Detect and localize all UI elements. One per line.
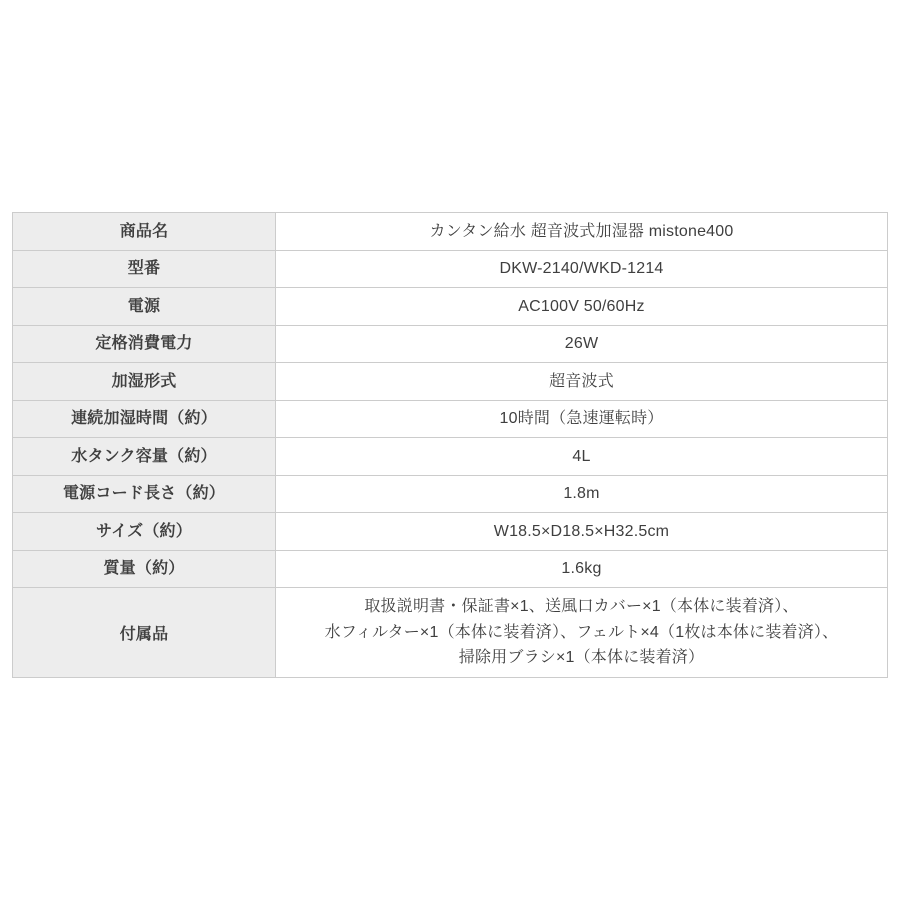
table-row: 付属品 取扱説明書・保証書×1、送風口カバー×1（本体に装着済）、 水フィルター… [13, 588, 888, 678]
table-row: 連続加湿時間（約） 10時間（急速運転時） [13, 400, 888, 438]
spec-label-size: サイズ（約） [13, 513, 276, 551]
spec-label-humidify-type: 加湿形式 [13, 363, 276, 401]
spec-value-humidify-type: 超音波式 [276, 363, 888, 401]
spec-value-weight: 1.6kg [276, 550, 888, 588]
spec-label-tank-capacity: 水タンク容量（約） [13, 438, 276, 476]
spec-value-rated-power: 26W [276, 325, 888, 363]
table-row: 電源コード長さ（約） 1.8m [13, 475, 888, 513]
table-row: 質量（約） 1.6kg [13, 550, 888, 588]
spec-value-tank-capacity: 4L [276, 438, 888, 476]
spec-value-cord-length: 1.8m [276, 475, 888, 513]
table-row: 水タンク容量（約） 4L [13, 438, 888, 476]
spec-value-continuous-time: 10時間（急速運転時） [276, 400, 888, 438]
table-row: 電源 AC100V 50/60Hz [13, 288, 888, 326]
spec-label-rated-power: 定格消費電力 [13, 325, 276, 363]
table-row: 商品名 カンタン給水 超音波式加湿器 mistone400 [13, 213, 888, 251]
spec-value-model-number: DKW-2140/WKD-1214 [276, 250, 888, 288]
table-row: 定格消費電力 26W [13, 325, 888, 363]
spec-label-power-source: 電源 [13, 288, 276, 326]
spec-label-accessories: 付属品 [13, 588, 276, 678]
spec-value-power-source: AC100V 50/60Hz [276, 288, 888, 326]
spec-value-accessories: 取扱説明書・保証書×1、送風口カバー×1（本体に装着済）、 水フィルター×1（本… [276, 588, 888, 678]
spec-value-size: W18.5×D18.5×H32.5cm [276, 513, 888, 551]
spec-label-cord-length: 電源コード長さ（約） [13, 475, 276, 513]
table-row: サイズ（約） W18.5×D18.5×H32.5cm [13, 513, 888, 551]
spec-label-product-name: 商品名 [13, 213, 276, 251]
table-row: 型番 DKW-2140/WKD-1214 [13, 250, 888, 288]
product-spec-page: 商品名 カンタン給水 超音波式加湿器 mistone400 型番 DKW-214… [0, 0, 900, 900]
table-row: 加湿形式 超音波式 [13, 363, 888, 401]
spec-label-model-number: 型番 [13, 250, 276, 288]
spec-label-weight: 質量（約） [13, 550, 276, 588]
spec-label-continuous-time: 連続加湿時間（約） [13, 400, 276, 438]
spec-value-product-name: カンタン給水 超音波式加湿器 mistone400 [276, 213, 888, 251]
product-spec-table: 商品名 カンタン給水 超音波式加湿器 mistone400 型番 DKW-214… [12, 212, 888, 678]
